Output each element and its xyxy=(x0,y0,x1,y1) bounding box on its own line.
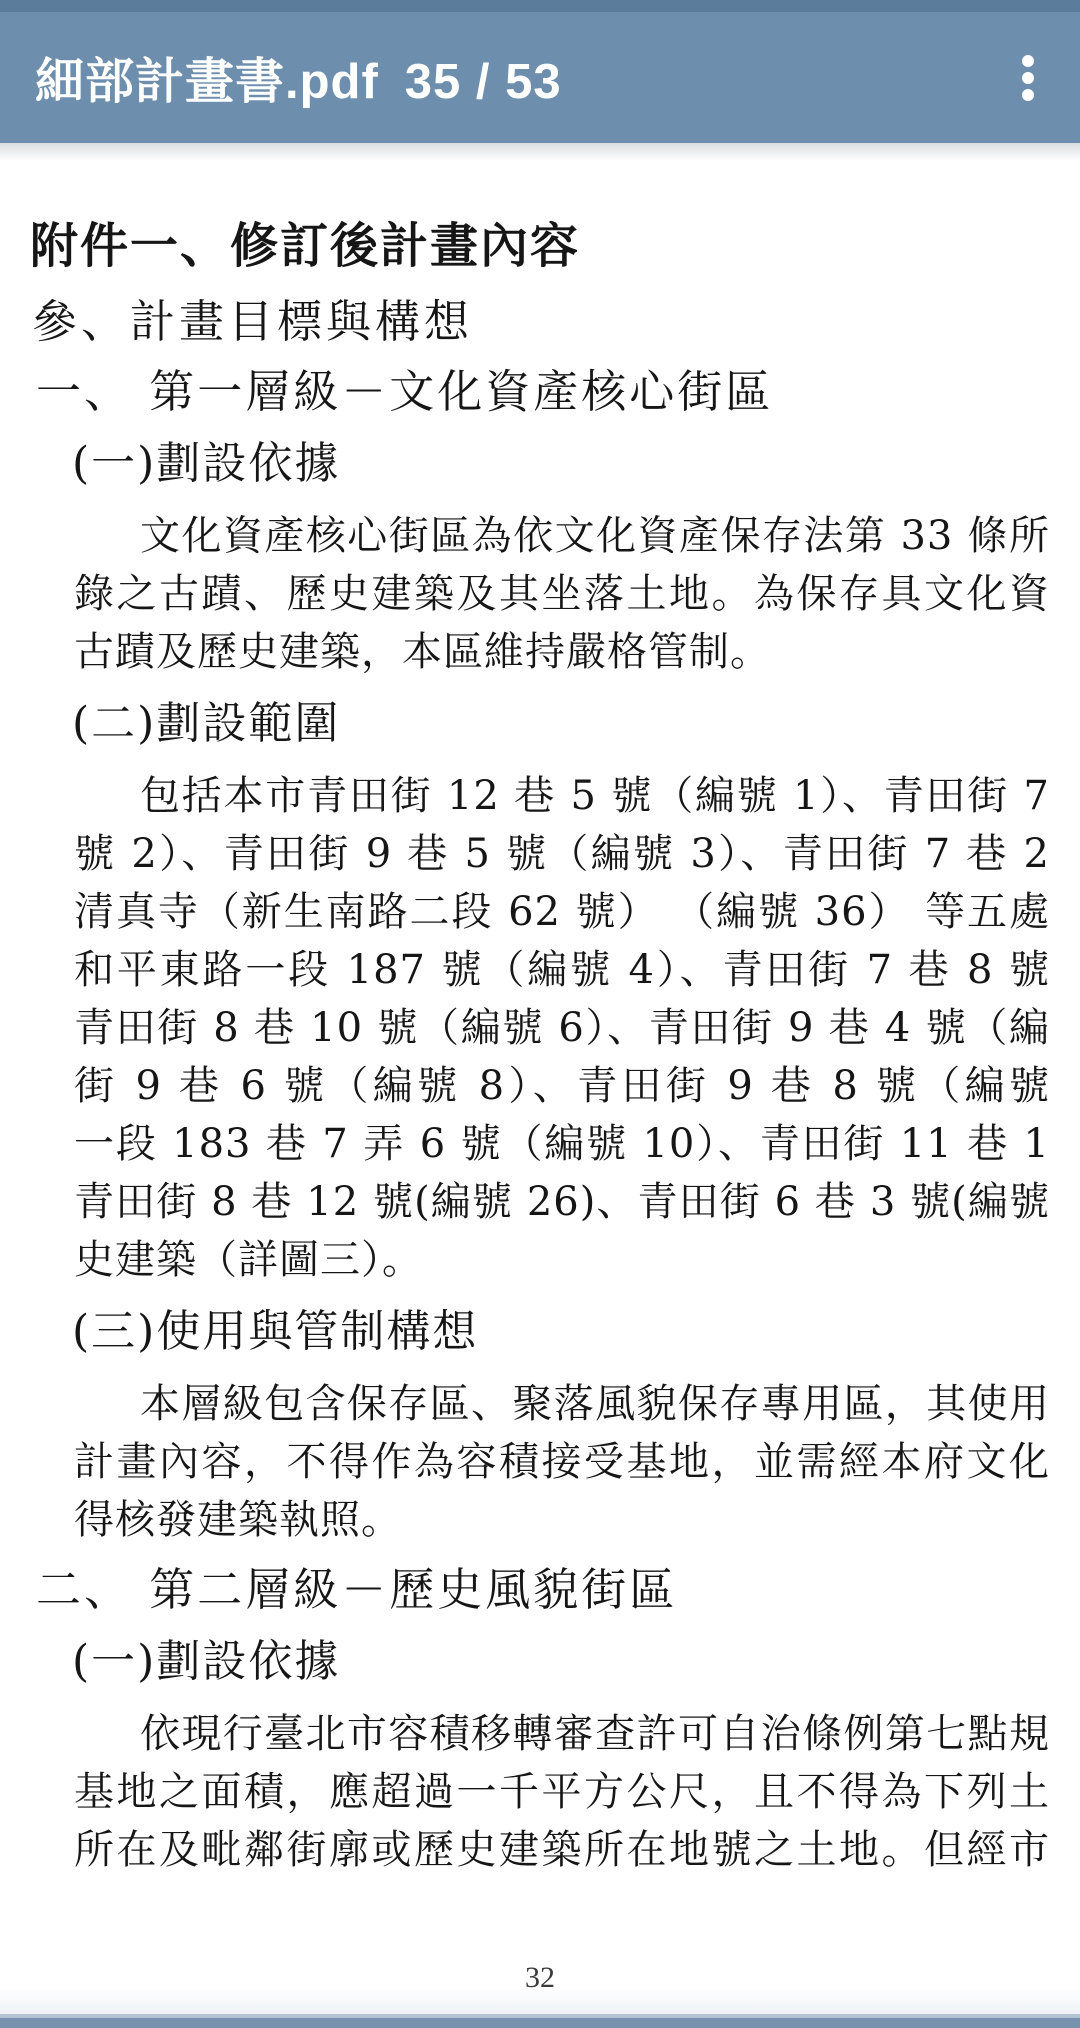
header-shadow xyxy=(0,143,1080,161)
text-line: 所在及毗鄰街廓或歷史建築所在地號之土地。但經市政府文化局 xyxy=(74,1821,1050,1879)
section-heading: 參、計畫目標與構想 xyxy=(32,293,1050,351)
clause-heading: (三)使用與管制構想 xyxy=(72,1303,1050,1361)
text-line: 街 9 巷 6 號（編號 8）、青田街 9 巷 8 號（編號 9）、和平東路 xyxy=(74,1057,1050,1115)
level-heading: 一、 第一層級－文化資產核心街區 xyxy=(36,363,1050,421)
text-line: 基地之面積，應超過一千平方公尺，且不得為下列土地：一、古蹟 xyxy=(74,1763,1050,1821)
text-line: 史建築（詳圖三）。 xyxy=(74,1231,1050,1289)
text-line: 依現行臺北市容積移轉審查許可自治條例第七點規定：「接受 xyxy=(74,1705,1050,1763)
document-file-name: 細部計畫書.pdf xyxy=(35,43,379,113)
document-blocks: 附件一、修訂後計畫內容參、計畫目標與構想一、 第一層級－文化資產核心街區(一)劃… xyxy=(30,215,1050,2007)
text-line: 古蹟及歷史建築，本區維持嚴格管制。 xyxy=(74,623,1050,681)
header-title: 細部計畫書.pdf 35 / 53 xyxy=(35,43,562,113)
page-indicator: 35 / 53 xyxy=(405,54,562,110)
kebab-menu-icon[interactable] xyxy=(1016,45,1040,111)
text-line: 計畫內容，不得作為容積接受基地，並需經本府文化局審核後，始 xyxy=(74,1433,1050,1491)
bottom-bar xyxy=(0,2018,1080,2028)
pdf-page: 附件一、修訂後計畫內容參、計畫目標與構想一、 第一層級－文化資產核心街區(一)劃… xyxy=(0,143,1080,2007)
paragraph: 依現行臺北市容積移轉審查許可自治條例第七點規定：「接受基地之面積，應超過一千平方… xyxy=(74,1705,1050,1879)
text-line: 文化資產核心街區為依文化資產保存法第 33 條所指定及登 xyxy=(74,507,1050,565)
kebab-dot xyxy=(1022,72,1034,84)
text-line: 包括本市青田街 12 巷 5 號（編號 1）、青田街 7 巷 6 號（編 xyxy=(74,767,1050,825)
paragraph: 本層級包含保存區、聚落風貌保存專用區，其使用管制維持原計畫內容，不得作為容積接受… xyxy=(74,1375,1050,1549)
clause-heading: (一)劃設依據 xyxy=(72,1633,1050,1691)
text-line: 青田街 8 巷 12 號(編號 26)、青田街 6 巷 3 號(編號 28)等十… xyxy=(74,1173,1050,1231)
clause-heading: (二)劃設範圍 xyxy=(72,695,1050,753)
text-line: 得核發建築執照。 xyxy=(74,1491,1050,1549)
bottom-fade xyxy=(0,1988,1080,2014)
pdf-scroll-area[interactable]: 附件一、修訂後計畫內容參、計畫目標與構想一、 第一層級－文化資產核心街區(一)劃… xyxy=(0,143,1080,2014)
attachment-heading: 附件一、修訂後計畫內容 xyxy=(30,215,1050,277)
status-bar xyxy=(0,0,1080,12)
paragraph: 包括本市青田街 12 巷 5 號（編號 1）、青田街 7 巷 6 號（編號 2）… xyxy=(74,767,1050,1289)
text-line: 清真寺（新生南路二段 62 號） （編號 36） 等五處市定古蹟及 xyxy=(74,883,1050,941)
kebab-dot xyxy=(1022,55,1034,67)
clause-heading: (一)劃設依據 xyxy=(72,435,1050,493)
text-line: 一段 183 巷 7 弄 6 號（編號 10）、青田街 11 巷 1 號(編號 … xyxy=(74,1115,1050,1173)
app-header: 細部計畫書.pdf 35 / 53 xyxy=(0,0,1080,143)
text-line: 本層級包含保存區、聚落風貌保存專用區，其使用管制維持原 xyxy=(74,1375,1050,1433)
kebab-dot xyxy=(1022,89,1034,101)
level-heading: 二、 第二層級－歷史風貌街區 xyxy=(36,1561,1050,1619)
text-line: 號 2）、青田街 9 巷 5 號（編號 3）、青田街 7 巷 2 號（編號 11… xyxy=(74,825,1050,883)
paragraph: 文化資產核心街區為依文化資產保存法第 33 條所指定及登錄之古蹟、歷史建築及其坐… xyxy=(74,507,1050,681)
text-line: 和平東路一段 187 號（編號 4）、青田街 7 巷 8 號（編號 5）、 xyxy=(74,941,1050,999)
text-line: 青田街 8 巷 10 號（編號 6）、青田街 9 巷 4 號（編號 7）、青田 xyxy=(74,999,1050,1057)
text-line: 錄之古蹟、歷史建築及其坐落土地。為保存具文化資產保存價值之 xyxy=(74,565,1050,623)
